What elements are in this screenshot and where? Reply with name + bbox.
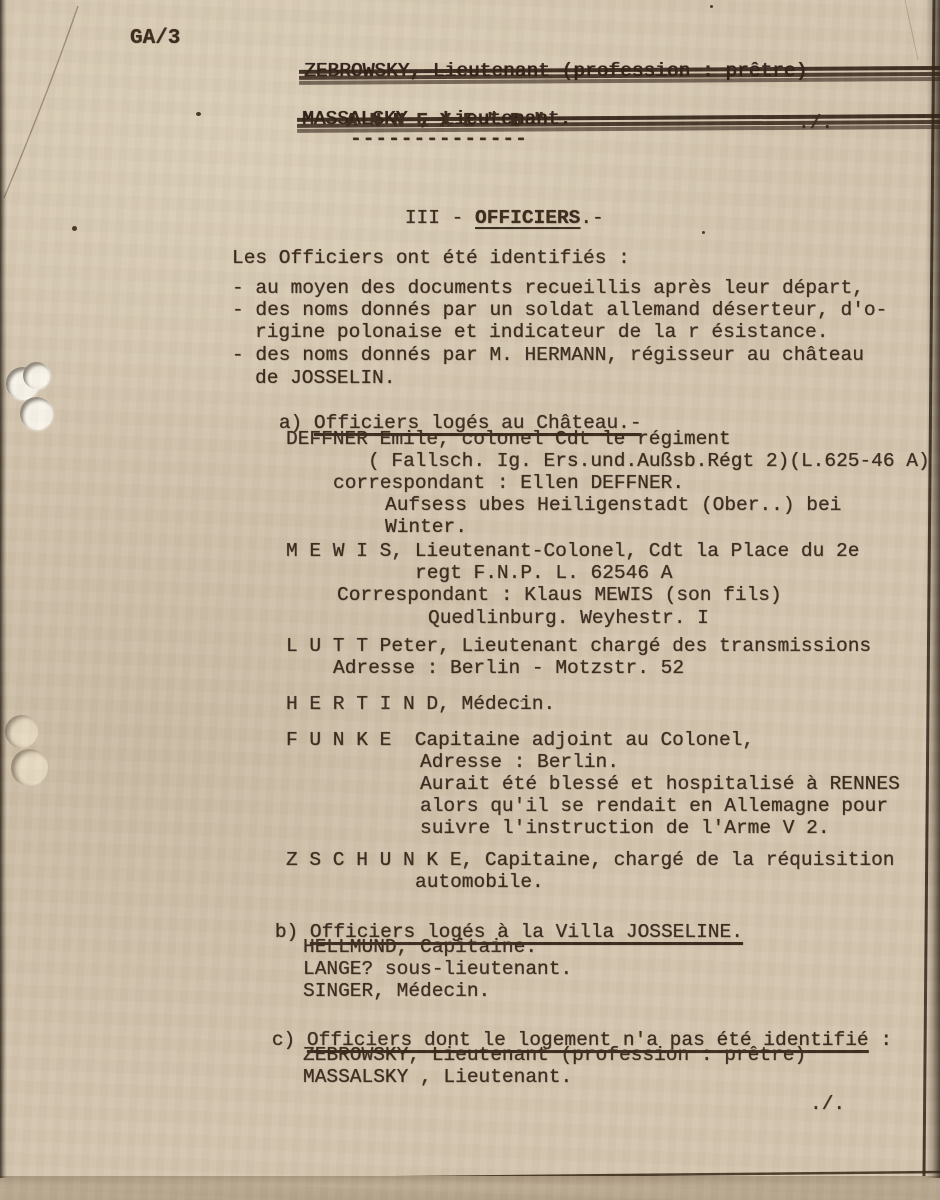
officer-line: SINGER, Médecin. bbox=[303, 980, 490, 1002]
officer-line: correspondant : Ellen DEFFNER. bbox=[333, 472, 684, 494]
officer-line: Quedlinburg. Weyhestr. I bbox=[428, 607, 709, 629]
page-ref: GA/3 bbox=[130, 28, 180, 50]
officer-line: Adresse : Berlin - Motzstr. 52 bbox=[333, 657, 684, 679]
officer-line: Correspondant : Klaus MEWIS (son fils) bbox=[337, 584, 782, 606]
paper-speck bbox=[72, 226, 77, 231]
officer-line: Aurait été blessé et hospitalisé à RENNE… bbox=[420, 773, 900, 795]
paper-speck bbox=[710, 5, 713, 8]
intro-lead: Les Officiers ont été identifiés : bbox=[232, 247, 630, 269]
annexe-rule: -------------- bbox=[350, 128, 528, 150]
paper-crease bbox=[4, 6, 78, 198]
officer-line: LANGE? sous-lieutenant. bbox=[303, 958, 572, 980]
section-c-suffix: : bbox=[869, 1029, 892, 1051]
officer-line: DEFFNER Emile, colonel Cdt le régiment bbox=[286, 428, 731, 450]
continuation-mark-top: ./. bbox=[798, 112, 833, 134]
punch-hole bbox=[11, 749, 48, 786]
section-c-label: c) bbox=[272, 1029, 307, 1051]
intro-bullet-line: - des noms donnés par M. HERMANN, régiss… bbox=[232, 344, 864, 366]
chapter-heading: III - OFFICIERS.- bbox=[358, 185, 604, 251]
officer-line: Z S C H U N K E, Capitaine, chargé de la… bbox=[286, 849, 895, 871]
officer-line: ZEBROWSKY, Lieutenant (profession : prêt… bbox=[303, 1044, 806, 1066]
punch-hole bbox=[5, 715, 38, 748]
punch-hole bbox=[20, 397, 53, 430]
officer-line: Adresse : Berlin. bbox=[420, 751, 619, 773]
paper-speck bbox=[702, 231, 705, 234]
officer-line: ( Fallsch. Ig. Ers.und.Außsb.Régt 2)(L.6… bbox=[368, 450, 930, 472]
officer-line: automobile. bbox=[415, 871, 544, 893]
officer-line: MASSALSKY , Lieutenant. bbox=[303, 1066, 572, 1088]
punch-hole bbox=[23, 362, 50, 389]
intro-bullet-line: - des noms donnés par un soldat allemand… bbox=[232, 299, 887, 321]
scan-background-strip bbox=[0, 1176, 940, 1200]
officer-line: Aufsess ubes Heiligenstadt (Ober..) bei bbox=[385, 494, 841, 516]
officer-line: F U N K E Capitaine adjoint au Colonel, bbox=[286, 729, 754, 751]
intro-bullet-line: - au moyen des documents recueillis aprè… bbox=[232, 277, 864, 299]
paper-speck bbox=[520, 700, 523, 702]
paper-crease bbox=[905, 0, 918, 60]
struck-line-1: ZEBROWSKY, Lieutenant (profession : prêt… bbox=[304, 60, 940, 82]
officer-line: regt F.N.P. L. 62546 A bbox=[415, 562, 672, 584]
officer-line: HELLMUND, Capitaine. bbox=[303, 936, 537, 958]
chapter-title: OFFICIERS bbox=[475, 207, 580, 229]
officer-line: H E R T I N D, Médecin. bbox=[286, 693, 555, 715]
page-left-edge bbox=[0, 0, 7, 1178]
officer-line: alors qu'il se rendait en Allemagne pour bbox=[420, 795, 888, 817]
scanned-document-page: GA/3 ZEBROWSKY, Lieutenant (profession :… bbox=[0, 0, 940, 1200]
officer-line: L U T T Peter, Lieutenant chargé des tra… bbox=[286, 635, 871, 657]
chapter-suffix: .- bbox=[580, 207, 603, 229]
officer-line: M E W I S, Lieutenant-Colonel, Cdt la Pl… bbox=[286, 540, 859, 562]
page-right-edge-shade bbox=[926, 0, 940, 1178]
paper-speck bbox=[196, 112, 201, 116]
intro-bullet-continuation: de JOSSELIN. bbox=[255, 367, 395, 389]
chapter-prefix: III - bbox=[405, 207, 475, 229]
officer-line: Winter. bbox=[385, 516, 467, 538]
continuation-mark-bottom: ./. bbox=[810, 1093, 845, 1115]
intro-bullet-continuation: rigine polonaise et indicateur de la r é… bbox=[255, 321, 828, 343]
officer-line: suivre l'instruction de l'Arme V 2. bbox=[420, 817, 830, 839]
